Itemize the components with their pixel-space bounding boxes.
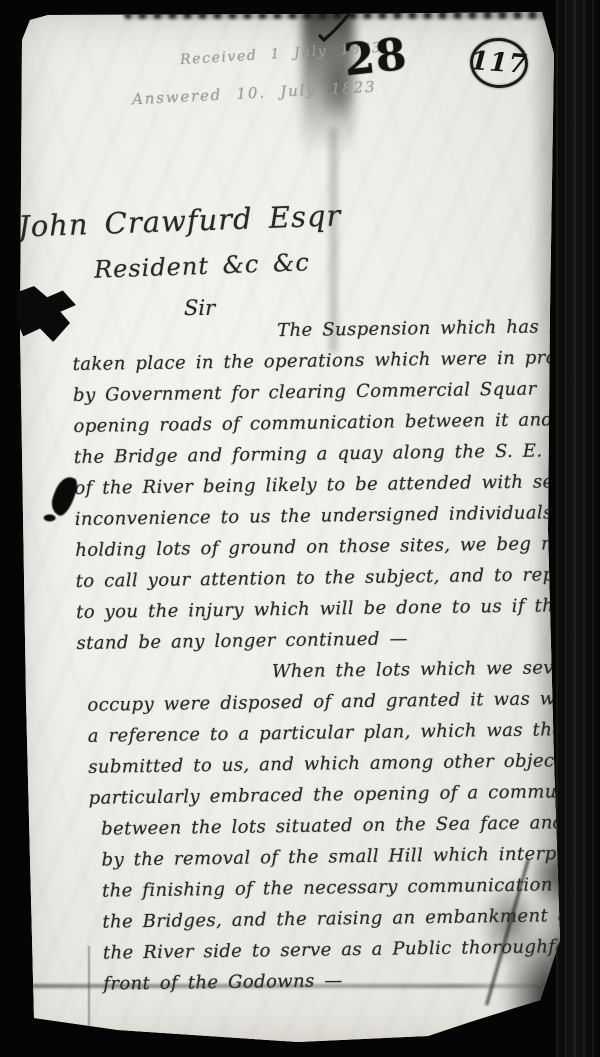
recipient-name: John Crawfurd Esqr <box>18 198 342 243</box>
folio-number: 28 <box>342 29 410 86</box>
manuscript-line: front of the Godowns — <box>81 962 574 1000</box>
letter-body: The Suspension which has la taken place … <box>72 311 574 1000</box>
photographed-manuscript: Received 1 July 1823 Answered 10. July 1… <box>0 0 600 1057</box>
circled-page-number: 117 <box>468 36 529 90</box>
book-binding-edge <box>556 0 600 1057</box>
letter-page: Received 1 July 1823 Answered 10. July 1… <box>14 10 574 1050</box>
recipient-title: Resident &c &c <box>94 248 311 284</box>
answered-annotation: Answered 10. July 1823 <box>132 78 377 109</box>
